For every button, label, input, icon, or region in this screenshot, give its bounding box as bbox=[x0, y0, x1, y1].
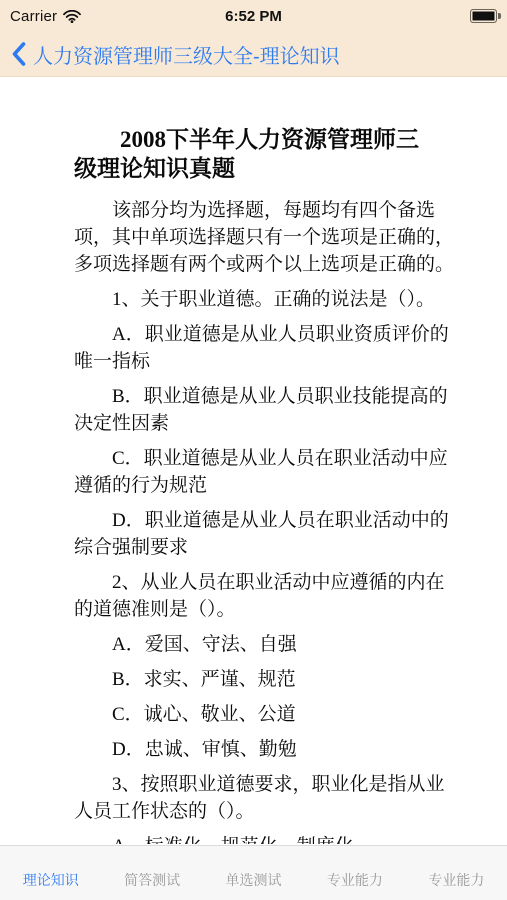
battery-icon bbox=[470, 9, 497, 23]
status-bar: Carrier 6:52 PM bbox=[0, 0, 507, 32]
navigation-bar: 人力资源管理师三级大全-理论知识 bbox=[0, 32, 507, 77]
document-paragraph-1: 该部分均为选择题，每题均有四个备选项，其中单项选择题只有一个选项是正确的，多项选… bbox=[74, 197, 454, 278]
app-screen: Carrier 6:52 PM 人力资源管理师三级大全-理论知识 bbox=[0, 0, 507, 900]
tab-bar: 理论知识简答测试单选测试专业能力专业能力 bbox=[0, 845, 507, 900]
document-paragraph-13: A．标准化、规范化、制度化 bbox=[74, 833, 454, 844]
chevron-left-icon bbox=[12, 42, 26, 66]
document-paragraph-5: C．职业道德是从业人员在职业活动中应遵循的行为规范 bbox=[74, 445, 454, 499]
tab-item-5[interactable]: 专业能力 bbox=[406, 870, 507, 900]
tab-item-3[interactable]: 单选测试 bbox=[203, 870, 304, 900]
tab-item-2[interactable]: 简答测试 bbox=[101, 870, 202, 900]
document-paragraph-4: B．职业道德是从业人员职业技能提高的决定性因素 bbox=[74, 383, 454, 437]
document-paragraph-10: C．诚心、敬业、公道 bbox=[74, 701, 454, 728]
document-paragraph-11: D．忠诚、审慎、勤勉 bbox=[74, 736, 454, 763]
document-title: 2008下半年人力资源管理师三级理论知识真题 bbox=[74, 125, 436, 183]
document-paragraph-2: 1、关于职业道德。正确的说法是（）。 bbox=[74, 286, 454, 313]
document-paragraph-3: A．职业道德是从业人员职业资质评价的唯一指标 bbox=[74, 321, 454, 375]
document-paragraph-6: D．职业道德是从业人员在职业活动中的综合强制要求 bbox=[74, 507, 454, 561]
tab-item-1[interactable]: 理论知识 bbox=[0, 870, 101, 900]
document-paragraph-12: 3、按照职业道德要求，职业化是指从业人员工作状态的（）。 bbox=[74, 771, 454, 825]
carrier-label: Carrier bbox=[10, 8, 57, 25]
document-scroll-area[interactable]: 2008下半年人力资源管理师三级理论知识真题 该部分均为选择题，每题均有四个备选… bbox=[0, 77, 507, 844]
document-paragraph-7: 2、从业人员在职业活动中应遵循的内在的道德准则是（）。 bbox=[74, 569, 454, 623]
page-title[interactable]: 人力资源管理师三级大全-理论知识 bbox=[33, 40, 340, 69]
document-body: 该部分均为选择题，每题均有四个备选项，其中单项选择题只有一个选项是正确的，多项选… bbox=[74, 197, 454, 844]
back-button[interactable]: 人力资源管理师三级大全-理论知识 bbox=[12, 40, 340, 69]
document-paragraph-8: A．爱国、守法、自强 bbox=[74, 631, 454, 658]
document-paragraph-9: B．求实、严谨、规范 bbox=[74, 666, 454, 693]
tab-item-4[interactable]: 专业能力 bbox=[304, 870, 405, 900]
wifi-icon bbox=[63, 10, 81, 23]
